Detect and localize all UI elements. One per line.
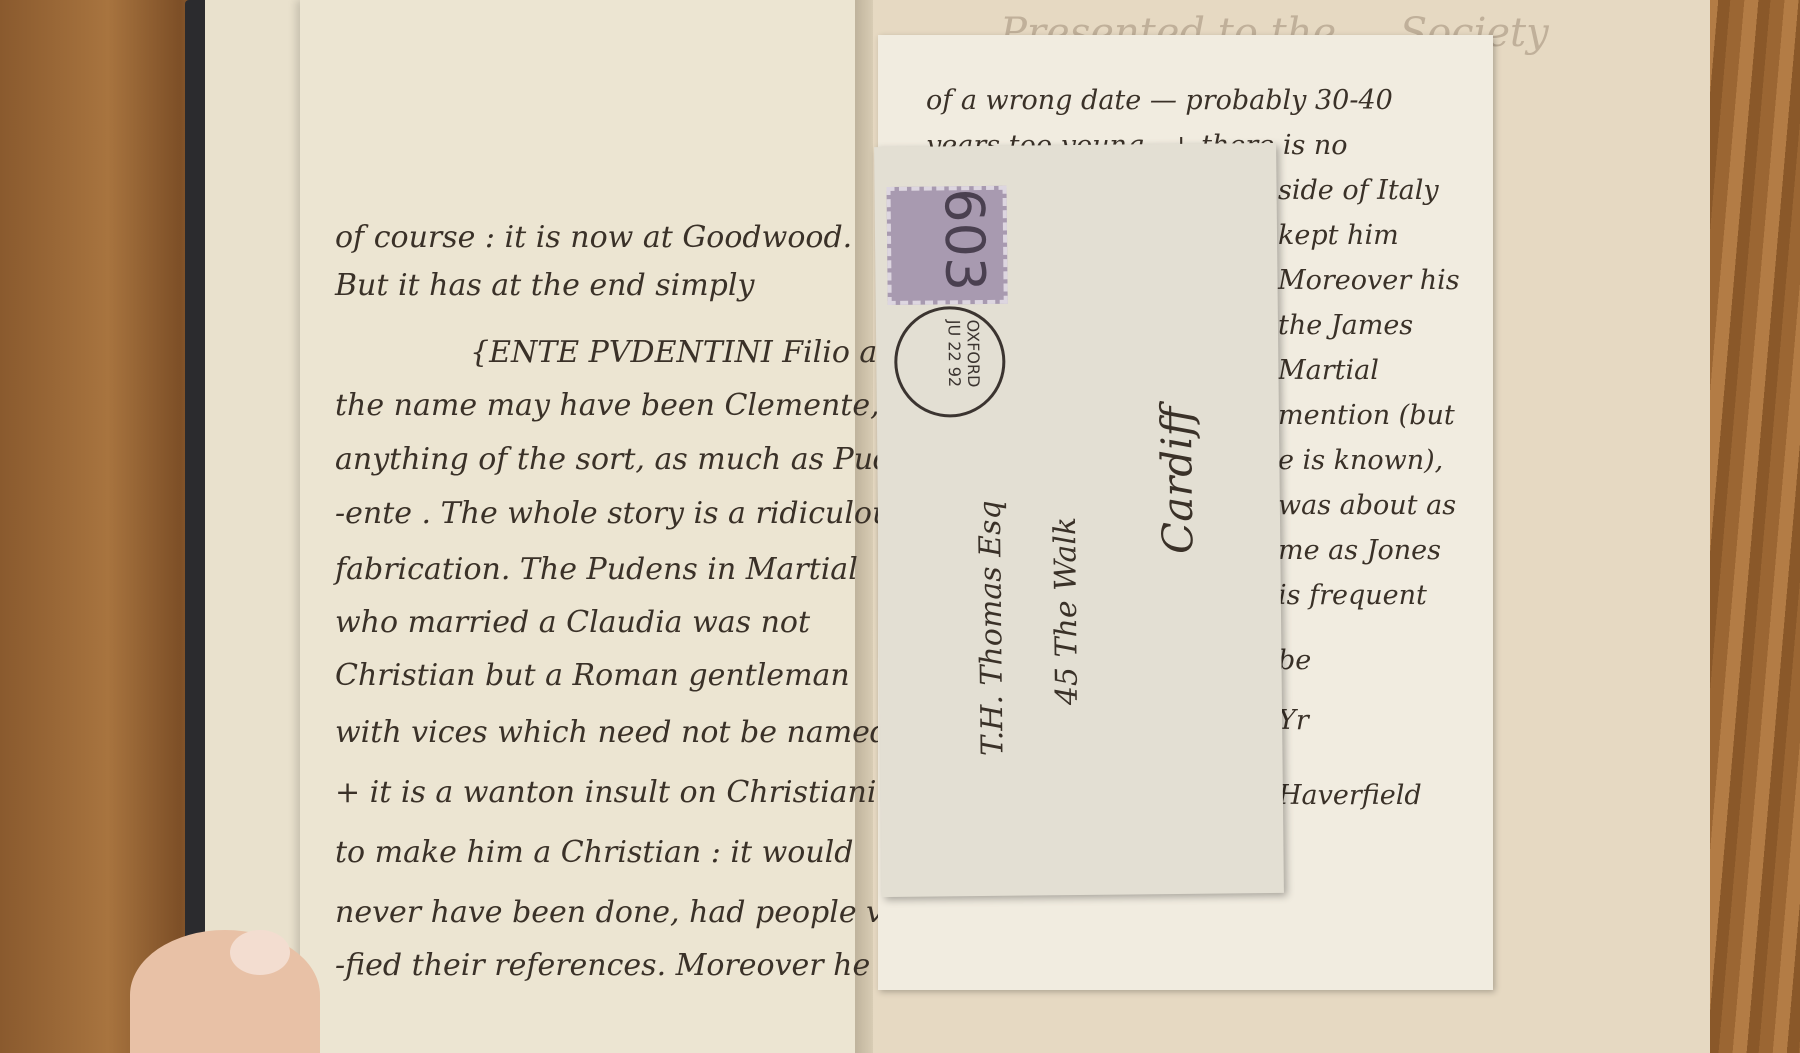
letter-line: was about as	[1278, 490, 1456, 521]
letter-line: But it has at the end simply	[335, 268, 754, 303]
letter-line: me as Jones	[1278, 535, 1441, 566]
letter-line: kept him	[1278, 220, 1399, 251]
letter-line: of course : it is now at Goodwood.	[335, 220, 852, 255]
letter-line: e is known),	[1278, 445, 1443, 476]
letter-line: the name may have been Clemente,	[335, 388, 880, 423]
letter-line: {ENTE PVDENTINI Filio and	[470, 335, 916, 370]
letter-line: to make him a Christian : it would	[335, 835, 853, 870]
letter-line: the James	[1278, 310, 1413, 341]
letter-line: + it is a wanton insult on Christianity	[335, 775, 905, 810]
letter-line: -ente . The whole story is a ridiculous	[335, 496, 907, 531]
signature: Haverfield	[1278, 780, 1422, 811]
letter-line: never have been done, had people veri-	[335, 895, 935, 930]
letter-line: Christian but a Roman gentleman	[335, 658, 850, 693]
letter-line: of a wrong date — probably 30-40	[926, 85, 1393, 116]
letter-line: is frequent	[1278, 580, 1427, 611]
stamp-number: 603	[933, 188, 997, 292]
city: Cardiff	[1152, 406, 1203, 554]
letter-line: with vices which need not be named	[335, 715, 889, 750]
envelope[interactable]: 603 OXFORD JU 22 92 T.H. Thomas Esq 45 T…	[874, 143, 1284, 897]
letter-line: mention (but	[1278, 400, 1455, 431]
letter-line: who married a Claudia was not	[335, 605, 810, 640]
letter-line: Moreover his	[1278, 265, 1460, 296]
postage-stamp: 603	[887, 186, 1008, 305]
letter-line: side of Italy	[1278, 175, 1439, 206]
postmark-text: OXFORD JU 22 92	[944, 320, 983, 397]
addressee: T.H. Thomas Esq	[973, 500, 1011, 756]
thumbnail	[230, 930, 290, 975]
postmark: OXFORD JU 22 92	[894, 306, 1006, 418]
letter-line: Martial	[1278, 355, 1379, 386]
letter-line: anything of the sort, as much as Pud-	[335, 442, 902, 477]
letter-line: Yr	[1278, 705, 1309, 736]
thumb	[130, 930, 320, 1053]
letter-line: be	[1278, 645, 1311, 676]
letter-line: -fied their references. Moreover he	[335, 948, 870, 983]
letter-line: fabrication. The Pudens in Martial	[335, 552, 858, 587]
street-address: 45 The Walk	[1048, 517, 1085, 706]
